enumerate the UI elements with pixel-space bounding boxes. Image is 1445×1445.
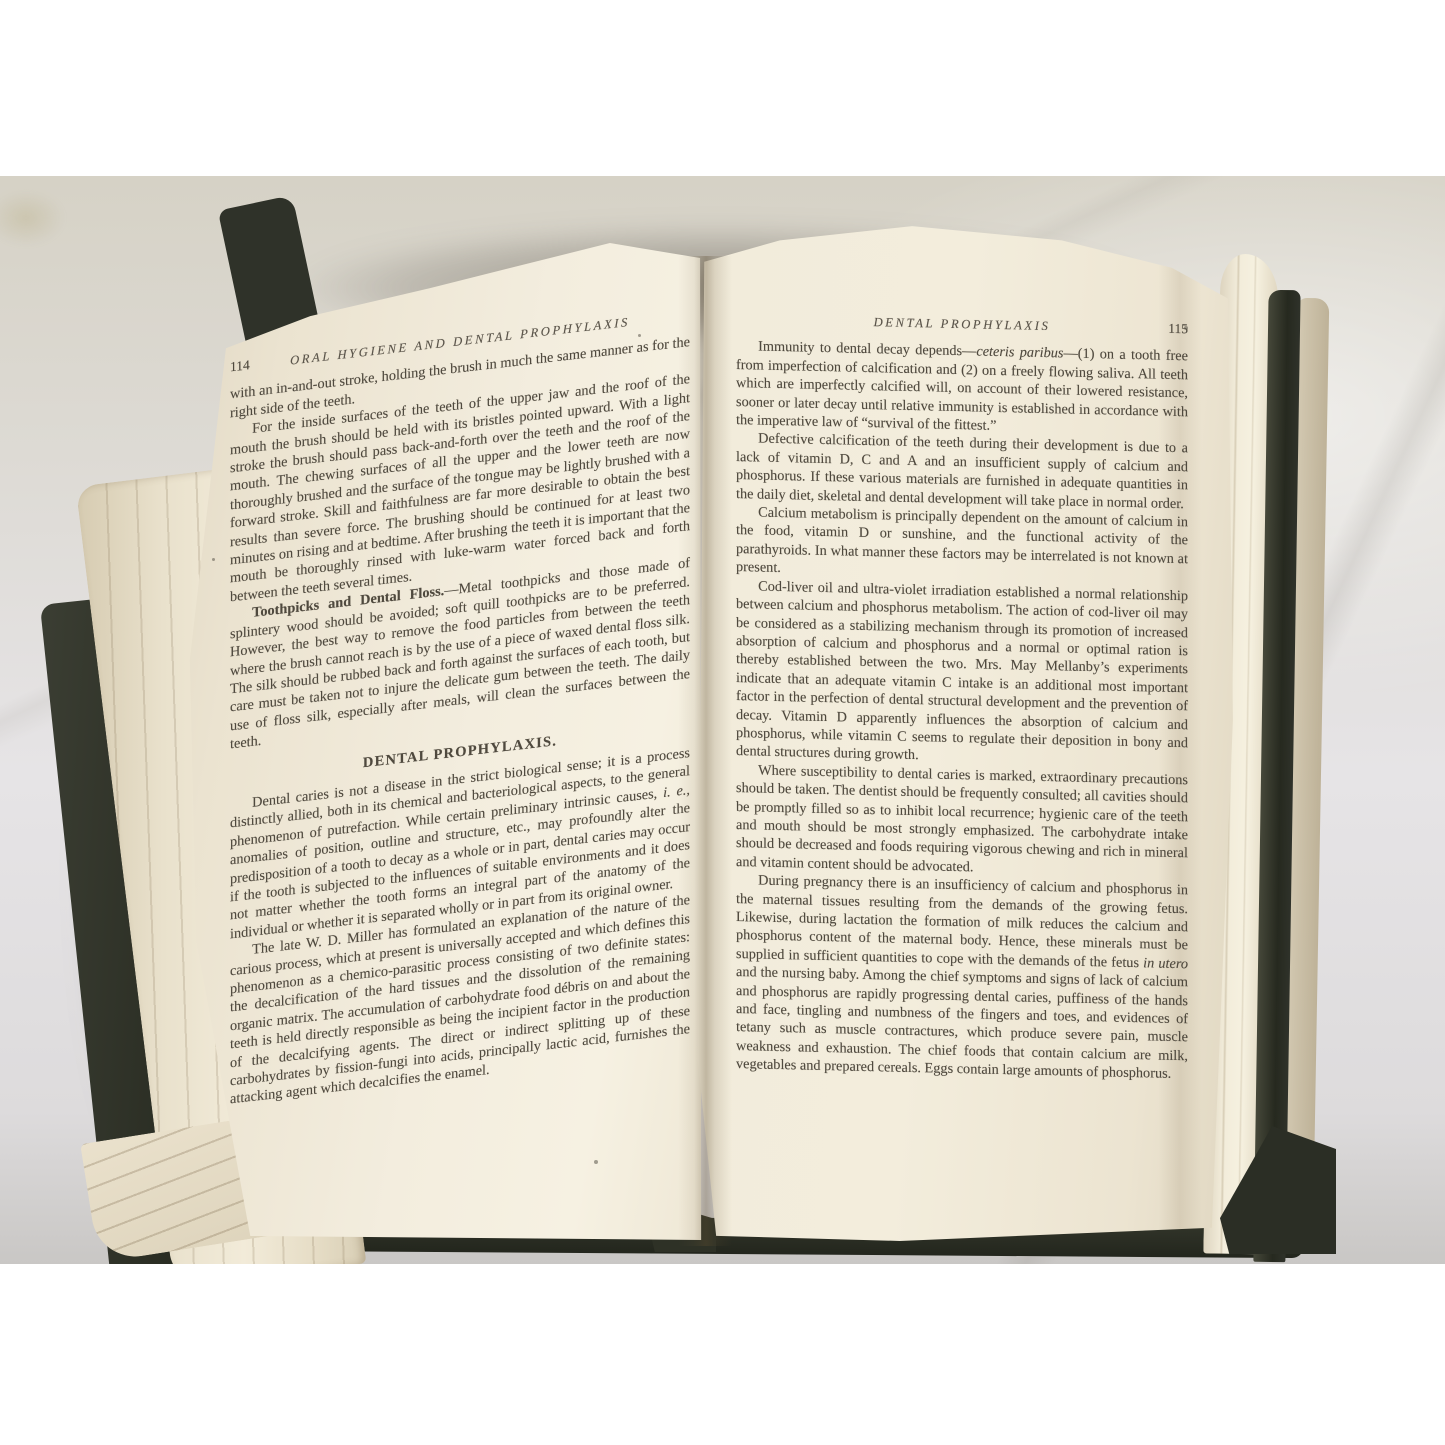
right-page-header: DENTAL PROPHYLAXIS 115 <box>736 310 1188 339</box>
paragraph: Cod-liver oil and ultra-violet irradiati… <box>736 577 1188 771</box>
left-page-text-block: 114 ORAL HYGIENE AND DENTAL PROPHYLAXIS … <box>230 306 690 1109</box>
page-number-left: 114 <box>230 354 272 377</box>
paragraph: Where susceptibility to dental caries is… <box>736 761 1188 882</box>
dust-speck <box>594 1160 598 1164</box>
right-page: DENTAL PROPHYLAXIS 115 Immunity to denta… <box>694 222 1234 1242</box>
dust-speck <box>638 334 641 337</box>
paragraph-segment: and the nursing baby. Among the chief sy… <box>736 964 1188 1082</box>
running-header-right: DENTAL PROPHYLAXIS <box>778 311 1146 338</box>
dust-speck <box>212 558 215 561</box>
left-page: 114 ORAL HYGIENE AND DENTAL PROPHYLAXIS … <box>186 240 726 1242</box>
italic-phrase: in utero <box>1143 955 1188 972</box>
paragraph: During pregnancy there is an insufficien… <box>736 871 1188 1084</box>
page-number-right: 115 <box>1146 319 1188 338</box>
book-photo-canvas: 114 ORAL HYGIENE AND DENTAL PROPHYLAXIS … <box>0 0 1445 1445</box>
dust-speck <box>1184 326 1188 330</box>
header-spacer <box>736 323 778 324</box>
right-page-text-block: DENTAL PROPHYLAXIS 115 Immunity to denta… <box>736 310 1188 1084</box>
table-surface: 114 ORAL HYGIENE AND DENTAL PROPHYLAXIS … <box>0 176 1445 1264</box>
paragraph: Defective calcification of the teeth dur… <box>736 429 1188 513</box>
table-stain <box>0 178 92 258</box>
paragraph-segment: During pregnancy there is an insufficien… <box>736 873 1188 971</box>
paragraph-segment: Immunity to dental decay depends— <box>758 339 976 360</box>
paragraph: Calcium metabolism is principally depend… <box>736 503 1188 587</box>
book-gutter-shadow <box>678 256 732 1246</box>
paragraph: Immunity to dental decay depends—ceteris… <box>736 337 1188 439</box>
italic-phrase: ceteris paribus <box>976 344 1063 362</box>
